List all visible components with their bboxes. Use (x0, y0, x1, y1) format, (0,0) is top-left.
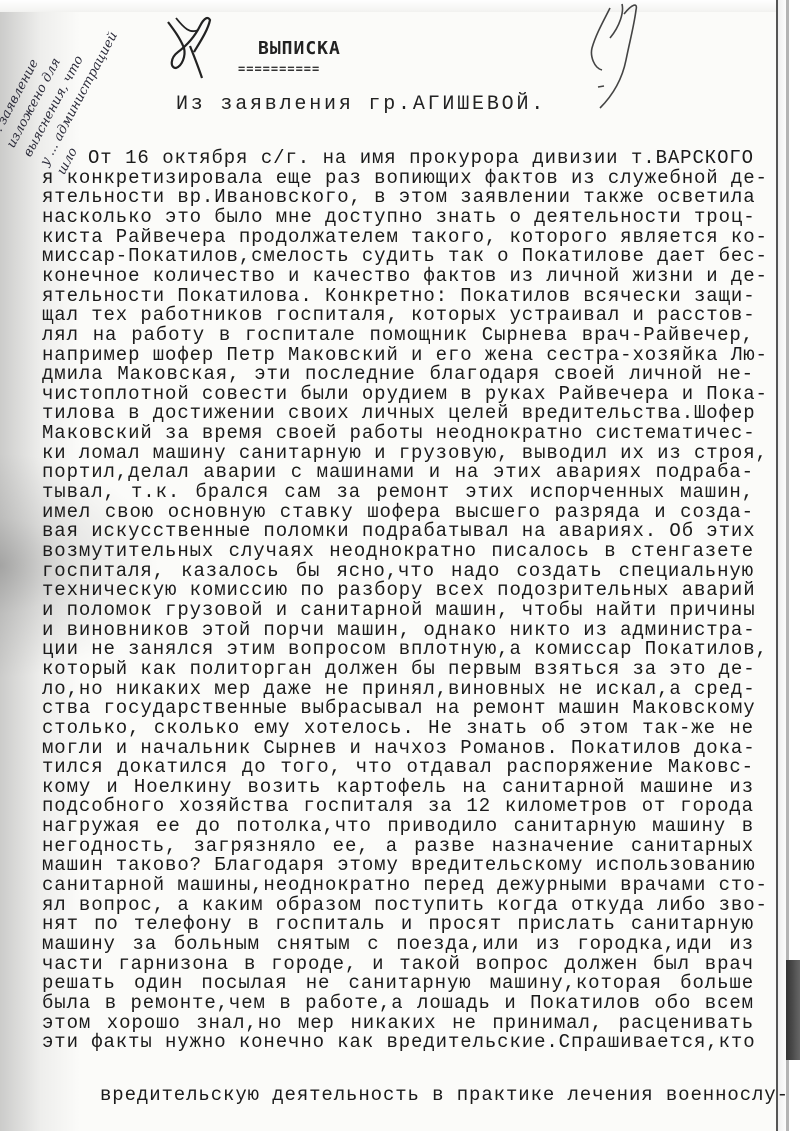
body-line: техническую комиссию по разбору всех под… (42, 580, 754, 600)
body-line: киста Райвечера продолжателем такого, ко… (42, 227, 754, 247)
body-line: который как политорган должен бы первым … (42, 659, 754, 679)
body-line: решать один посылая не санитарную машину… (42, 973, 754, 993)
body-line: столько, сколько ему хотелось. Не знать … (42, 718, 754, 738)
body-line: я конкретизировала еще раз вопиющих факт… (42, 168, 754, 188)
body-line: вая искусственные поломки подрабатывал н… (42, 521, 754, 541)
body-line: конечное количество и качество фактов из… (42, 266, 754, 286)
body-line: тывал, т.к. брался сам за ремонт этих ис… (42, 482, 754, 502)
body-line: была в ремонте,чем в работе,а лошадь и П… (42, 993, 754, 1013)
body-line: например шофер Петр Маковский и его жена… (42, 345, 754, 365)
body-line: лял на работу в госпитале помощник Сырне… (42, 325, 754, 345)
body-line: эти факты нужно конечно как вредительски… (42, 1032, 754, 1052)
page-number-handwritten (570, 0, 670, 115)
body-line: санитарной машины,неоднократно перед деж… (42, 875, 754, 895)
body-line: ства государственные выбрасывал на ремон… (42, 698, 754, 718)
body-line: чистоплотной совести были орудием в рука… (42, 384, 754, 404)
body-line: тилова в достижении своих личных целей в… (42, 403, 754, 423)
document-title: ВЫПИСКА (258, 38, 341, 59)
body-line: От 16 октября с/г. на имя прокурора диви… (88, 148, 754, 168)
body-line: Маковский за время своей работы неоднокр… (42, 423, 754, 443)
body-line: госпиталя, казалось бы ясно,что надо соз… (42, 561, 754, 581)
signature-mark (160, 8, 220, 83)
body-line: ятельности Покатилова. Конкретно: Покати… (42, 286, 754, 306)
body-line: части гарнизона в городе, и такой вопрос… (42, 954, 754, 974)
body-line: нагружая ее до потолка,что приводило сан… (42, 816, 754, 836)
body-line: машин таково? Благодаря этому вредительс… (42, 855, 754, 875)
body-line: нят по телефону в госпиталь и просят при… (42, 914, 754, 934)
body-line: ции не занялся этим вопросом вплотную,а … (42, 639, 754, 659)
footer-line: вредительскую деятельность в практике ле… (100, 1085, 740, 1105)
body-line: насколько это было мне доступно знать о … (42, 207, 754, 227)
body-line: ки ломал машину санитарную и грузовую, в… (42, 443, 754, 463)
body-line: подсобного хозяйства госпиталя за 12 кил… (42, 796, 754, 816)
body-line: и виновников этой порчи машин, однако ни… (42, 620, 754, 640)
body-line: ятельности вр.Ивановского, в этом заявле… (42, 187, 754, 207)
body-line: ло,но никаких мер даже не принял,виновны… (42, 679, 754, 699)
body-line: и поломок грузовой и санитарной машин, ч… (42, 600, 754, 620)
title-underline: ========== (238, 62, 320, 76)
body-line: миссар-Покатилов,смелость судить так о П… (42, 246, 754, 266)
body-line: портил,делал аварии с машинами и на этих… (42, 462, 754, 482)
body-line: щал тех работников госпиталя, которых ус… (42, 305, 754, 325)
body-line: тился докатился до того, что отдавал рас… (42, 757, 754, 777)
body-line: ял вопрос, а каким образом поступить ког… (42, 895, 754, 915)
body-line: имел свою основную ставку шофера высшего… (42, 502, 754, 522)
binding-shadow (786, 960, 800, 1060)
body-line: этом хорошо знал,но мер никаких не прини… (42, 1013, 754, 1033)
body-line: возмутительных случаях неоднократно писа… (42, 541, 754, 561)
body-line: могли и начальник Сырнев и начхоз Романо… (42, 738, 754, 758)
body-line: машину за больным снятым с поезда,или из… (42, 934, 754, 954)
body-line: негодность, загрязняло ее, а разве назна… (42, 836, 754, 856)
document-subtitle: Из заявления гр.АГИШЕВОЙ. (176, 93, 546, 116)
body-line: кому и Ноелкину возить картофель на сани… (42, 777, 754, 797)
paper-top-edge (0, 0, 800, 12)
body-line: дмила Маковская, эти последние благодаря… (42, 364, 754, 384)
